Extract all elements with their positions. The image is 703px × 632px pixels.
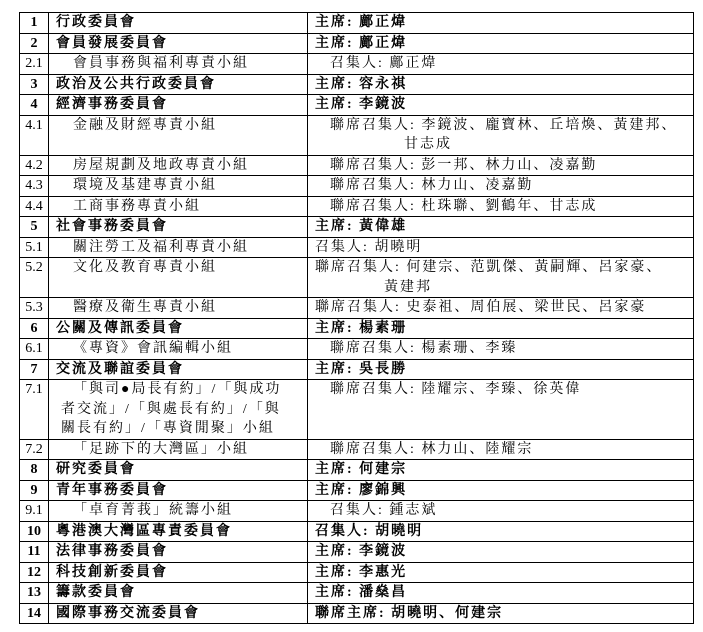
committee-name-cell: 《專資》會訊編輯小組 [49,339,308,360]
committee-name-cell: 行政委員會 [49,13,308,34]
leader-cell: 主席: 鄺正煒 [308,33,694,54]
row-number-cell: 14 [20,603,49,624]
table-row: 9青年事務委員會主席: 廖錦興 [20,480,694,501]
leader-line: 聯席召集人: 林力山、陸耀宗 [308,440,693,460]
leader-line: 主席: 容永祺 [308,75,693,95]
leader-cell: 聯席召集人: 彭一邦、林力山、凌嘉勤 [308,155,694,176]
table-row: 12科技創新委員會主席: 李惠光 [20,562,694,583]
table-row: 4經濟事務委員會主席: 李鏡波 [20,95,694,116]
committee-name-cell: 籌款委員會 [49,583,308,604]
row-number-cell: 9.1 [20,501,49,522]
row-number-cell: 5.1 [20,237,49,258]
committee-name-cell: 青年事務委員會 [49,480,308,501]
table-row: 8研究委員會主席: 何建宗 [20,460,694,481]
row-number-cell: 6.1 [20,339,49,360]
table-row: 7.1「與司●局長有約」/「與成功者交流」/「與處長有約」/「與關長有約」/「專… [20,380,694,440]
leader-line: 聯席召集人: 李鏡波、龐寶林、丘培煥、黃建邦、 [308,116,693,136]
row-number-cell: 12 [20,562,49,583]
leader-cell: 主席: 容永祺 [308,74,694,95]
leader-line: 聯席召集人: 何建宗、范凱傑、黃嗣輝、呂家豪、 [308,258,693,278]
row-number-cell: 8 [20,460,49,481]
leader-line: 主席: 鄺正煒 [308,34,693,54]
committee-name-line: 公關及傳訊委員會 [49,319,307,339]
committee-name-cell: 「卓育菁莪」統籌小組 [49,501,308,522]
committee-name-line: 關注勞工及福利專責小組 [49,238,307,258]
committee-name-line: 法律事務委員會 [49,542,307,562]
table-row: 5.3醫療及衛生專責小組聯席召集人: 史泰祖、周伯展、梁世民、呂家豪 [20,298,694,319]
committee-name-line: 「卓育菁莪」統籌小組 [49,501,307,521]
committee-name-line: 科技創新委員會 [49,563,307,583]
leader-cell: 聯席召集人: 陸耀宗、李臻、徐英偉 [308,380,694,440]
committee-name-cell: 會員發展委員會 [49,33,308,54]
leader-cell: 召集人: 鄺正煒 [308,54,694,75]
leader-line: 聯席召集人: 彭一邦、林力山、凌嘉勤 [308,156,693,176]
leader-cell: 主席: 吳長勝 [308,359,694,380]
leader-cell: 主席: 何建宗 [308,460,694,481]
leader-line: 聯席召集人: 陸耀宗、李臻、徐英偉 [308,380,693,400]
row-number-cell: 2.1 [20,54,49,75]
committee-name-line: 政治及公共行政委員會 [49,75,307,95]
committee-name-line: 關長有約」/「專資閒聚」小組 [49,419,307,439]
committee-name-cell: 房屋規劃及地政專責小組 [49,155,308,176]
committees-table: 1行政委員會主席: 鄺正煒2會員發展委員會主席: 鄺正煒2.1會員事務與福利專責… [19,12,694,624]
leader-cell: 召集人: 胡曉明 [308,521,694,542]
table-row: 11法律事務委員會主席: 李鏡波 [20,542,694,563]
committee-name-line: 醫療及衛生專責小組 [49,298,307,318]
leader-cell: 聯席召集人: 史泰祖、周伯展、梁世民、呂家豪 [308,298,694,319]
leader-cell: 主席: 鄺正煒 [308,13,694,34]
committee-name-line: 工商事務專責小組 [49,197,307,217]
committee-name-cell: 「足跡下的大灣區」小組 [49,439,308,460]
leader-cell: 聯席召集人: 李鏡波、龐寶林、丘培煥、黃建邦、甘志成 [308,115,694,155]
leader-cell: 主席: 李鏡波 [308,542,694,563]
leader-cell: 主席: 廖錦興 [308,480,694,501]
committee-name-line: 金融及財經專責小組 [49,116,307,136]
table-row: 7交流及聯誼委員會主席: 吳長勝 [20,359,694,380]
table-row: 5社會事務委員會主席: 黃偉雄 [20,217,694,238]
row-number-cell: 9 [20,480,49,501]
row-number-cell: 6 [20,318,49,339]
leader-cell: 聯席召集人: 何建宗、范凱傑、黃嗣輝、呂家豪、黃建邦 [308,258,694,298]
committee-name-line: 「足跡下的大灣區」小組 [49,440,307,460]
row-number-cell: 11 [20,542,49,563]
leader-line: 主席: 楊素珊 [308,319,693,339]
leader-cell: 主席: 潘燊昌 [308,583,694,604]
row-number-cell: 1 [20,13,49,34]
committee-name-cell: 環境及基建專責小組 [49,176,308,197]
table-row: 1行政委員會主席: 鄺正煒 [20,13,694,34]
committee-name-cell: 會員事務與福利專責小組 [49,54,308,75]
leader-line: 主席: 何建宗 [308,460,693,480]
leader-cell: 召集人: 胡曉明 [308,237,694,258]
leader-line: 主席: 鄺正煒 [308,13,693,33]
leader-line: 聯席召集人: 楊素珊、李臻 [308,339,693,359]
committee-name-line: 經濟事務委員會 [49,95,307,115]
leader-line: 召集人: 胡曉明 [308,238,693,258]
row-number-cell: 7.2 [20,439,49,460]
committee-name-line: 籌款委員會 [49,583,307,603]
row-number-cell: 2 [20,33,49,54]
table-row: 5.1關注勞工及福利專責小組召集人: 胡曉明 [20,237,694,258]
table-row: 9.1「卓育菁莪」統籌小組召集人: 鍾志斌 [20,501,694,522]
table-row: 4.1金融及財經專責小組聯席召集人: 李鏡波、龐寶林、丘培煥、黃建邦、甘志成 [20,115,694,155]
row-number-cell: 7.1 [20,380,49,440]
table-row: 2會員發展委員會主席: 鄺正煒 [20,33,694,54]
committee-name-line: 者交流」/「與處長有約」/「與 [49,400,307,420]
table-row: 13籌款委員會主席: 潘燊昌 [20,583,694,604]
leader-cell: 主席: 黃偉雄 [308,217,694,238]
leader-cell: 召集人: 鍾志斌 [308,501,694,522]
committee-name-line: 「與司●局長有約」/「與成功 [49,380,307,400]
committee-name-line: 青年事務委員會 [49,481,307,501]
leader-cell: 主席: 李鏡波 [308,95,694,116]
table-row: 4.4工商事務專責小組聯席召集人: 杜珠聯、劉鶴年、甘志成 [20,196,694,217]
row-number-cell: 10 [20,521,49,542]
table-row: 2.1會員事務與福利專責小組召集人: 鄺正煒 [20,54,694,75]
committee-name-cell: 交流及聯誼委員會 [49,359,308,380]
committee-name-cell: 文化及教育專責小組 [49,258,308,298]
committee-name-line: 房屋規劃及地政專責小組 [49,156,307,176]
committee-name-cell: 關注勞工及福利專責小組 [49,237,308,258]
table-row: 4.2房屋規劃及地政專責小組聯席召集人: 彭一邦、林力山、凌嘉勤 [20,155,694,176]
committee-name-cell: 社會事務委員會 [49,217,308,238]
row-number-cell: 4.3 [20,176,49,197]
leader-line: 主席: 潘燊昌 [308,583,693,603]
leader-line: 主席: 廖錦興 [308,481,693,501]
committee-name-cell: 醫療及衛生專責小組 [49,298,308,319]
committee-name-line: 文化及教育專責小組 [49,258,307,278]
committee-name-cell: 法律事務委員會 [49,542,308,563]
row-number-cell: 3 [20,74,49,95]
committee-name-line: 粵港澳大灣區專責委員會 [49,522,307,542]
leader-line: 甘志成 [308,135,693,155]
leader-cell: 聯席召集人: 杜珠聯、劉鶴年、甘志成 [308,196,694,217]
row-number-cell: 5.3 [20,298,49,319]
committee-name-line: 行政委員會 [49,13,307,33]
leader-cell: 聯席主席: 胡曉明、何建宗 [308,603,694,624]
committee-name-line: 交流及聯誼委員會 [49,360,307,380]
committee-name-cell: 公關及傳訊委員會 [49,318,308,339]
committee-name-cell: 研究委員會 [49,460,308,481]
leader-cell: 主席: 李惠光 [308,562,694,583]
committee-name-line: 會員事務與福利專責小組 [49,54,307,74]
leader-line: 主席: 李鏡波 [308,542,693,562]
leader-line: 聯席主席: 胡曉明、何建宗 [308,604,693,624]
committee-name-cell: 粵港澳大灣區專責委員會 [49,521,308,542]
leader-cell: 主席: 楊素珊 [308,318,694,339]
leader-cell: 聯席召集人: 林力山、陸耀宗 [308,439,694,460]
table-row: 10粵港澳大灣區專責委員會召集人: 胡曉明 [20,521,694,542]
leader-line: 主席: 李惠光 [308,563,693,583]
committee-name-cell: 工商事務專責小組 [49,196,308,217]
committee-name-cell: 科技創新委員會 [49,562,308,583]
committee-name-line: 社會事務委員會 [49,217,307,237]
leader-line: 召集人: 鄺正煒 [308,54,693,74]
leader-line: 聯席召集人: 史泰祖、周伯展、梁世民、呂家豪 [308,298,693,318]
row-number-cell: 4.4 [20,196,49,217]
table-row: 6.1《專資》會訊編輯小組聯席召集人: 楊素珊、李臻 [20,339,694,360]
leader-line: 聯席召集人: 杜珠聯、劉鶴年、甘志成 [308,197,693,217]
committee-name-cell: 國際事務交流委員會 [49,603,308,624]
row-number-cell: 13 [20,583,49,604]
row-number-cell: 5.2 [20,258,49,298]
committee-name-line: 環境及基建專責小組 [49,176,307,196]
table-row: 3政治及公共行政委員會主席: 容永祺 [20,74,694,95]
leader-line: 主席: 黃偉雄 [308,217,693,237]
committee-name-cell: 金融及財經專責小組 [49,115,308,155]
leader-line: 黃建邦 [308,278,693,298]
table-row: 5.2文化及教育專責小組聯席召集人: 何建宗、范凱傑、黃嗣輝、呂家豪、黃建邦 [20,258,694,298]
committee-name-line: 會員發展委員會 [49,34,307,54]
row-number-cell: 4.1 [20,115,49,155]
leader-cell: 聯席召集人: 楊素珊、李臻 [308,339,694,360]
table-row: 4.3環境及基建專責小組聯席召集人: 林力山、凌嘉勤 [20,176,694,197]
committee-name-cell: 「與司●局長有約」/「與成功者交流」/「與處長有約」/「與關長有約」/「專資閒聚… [49,380,308,440]
committees-table-body: 1行政委員會主席: 鄺正煒2會員發展委員會主席: 鄺正煒2.1會員事務與福利專責… [20,13,694,624]
committee-name-line: 國際事務交流委員會 [49,604,307,624]
leader-line: 召集人: 胡曉明 [308,522,693,542]
table-row: 14國際事務交流委員會聯席主席: 胡曉明、何建宗 [20,603,694,624]
leader-line: 召集人: 鍾志斌 [308,501,693,521]
leader-line: 主席: 吳長勝 [308,360,693,380]
table-row: 6公關及傳訊委員會主席: 楊素珊 [20,318,694,339]
table-row: 7.2「足跡下的大灣區」小組聯席召集人: 林力山、陸耀宗 [20,439,694,460]
committee-name-line: 《專資》會訊編輯小組 [49,339,307,359]
committee-name-cell: 政治及公共行政委員會 [49,74,308,95]
leader-line: 聯席召集人: 林力山、凌嘉勤 [308,176,693,196]
row-number-cell: 7 [20,359,49,380]
leader-line: 主席: 李鏡波 [308,95,693,115]
row-number-cell: 5 [20,217,49,238]
committee-name-line: 研究委員會 [49,460,307,480]
leader-cell: 聯席召集人: 林力山、凌嘉勤 [308,176,694,197]
row-number-cell: 4 [20,95,49,116]
row-number-cell: 4.2 [20,155,49,176]
committee-name-cell: 經濟事務委員會 [49,95,308,116]
